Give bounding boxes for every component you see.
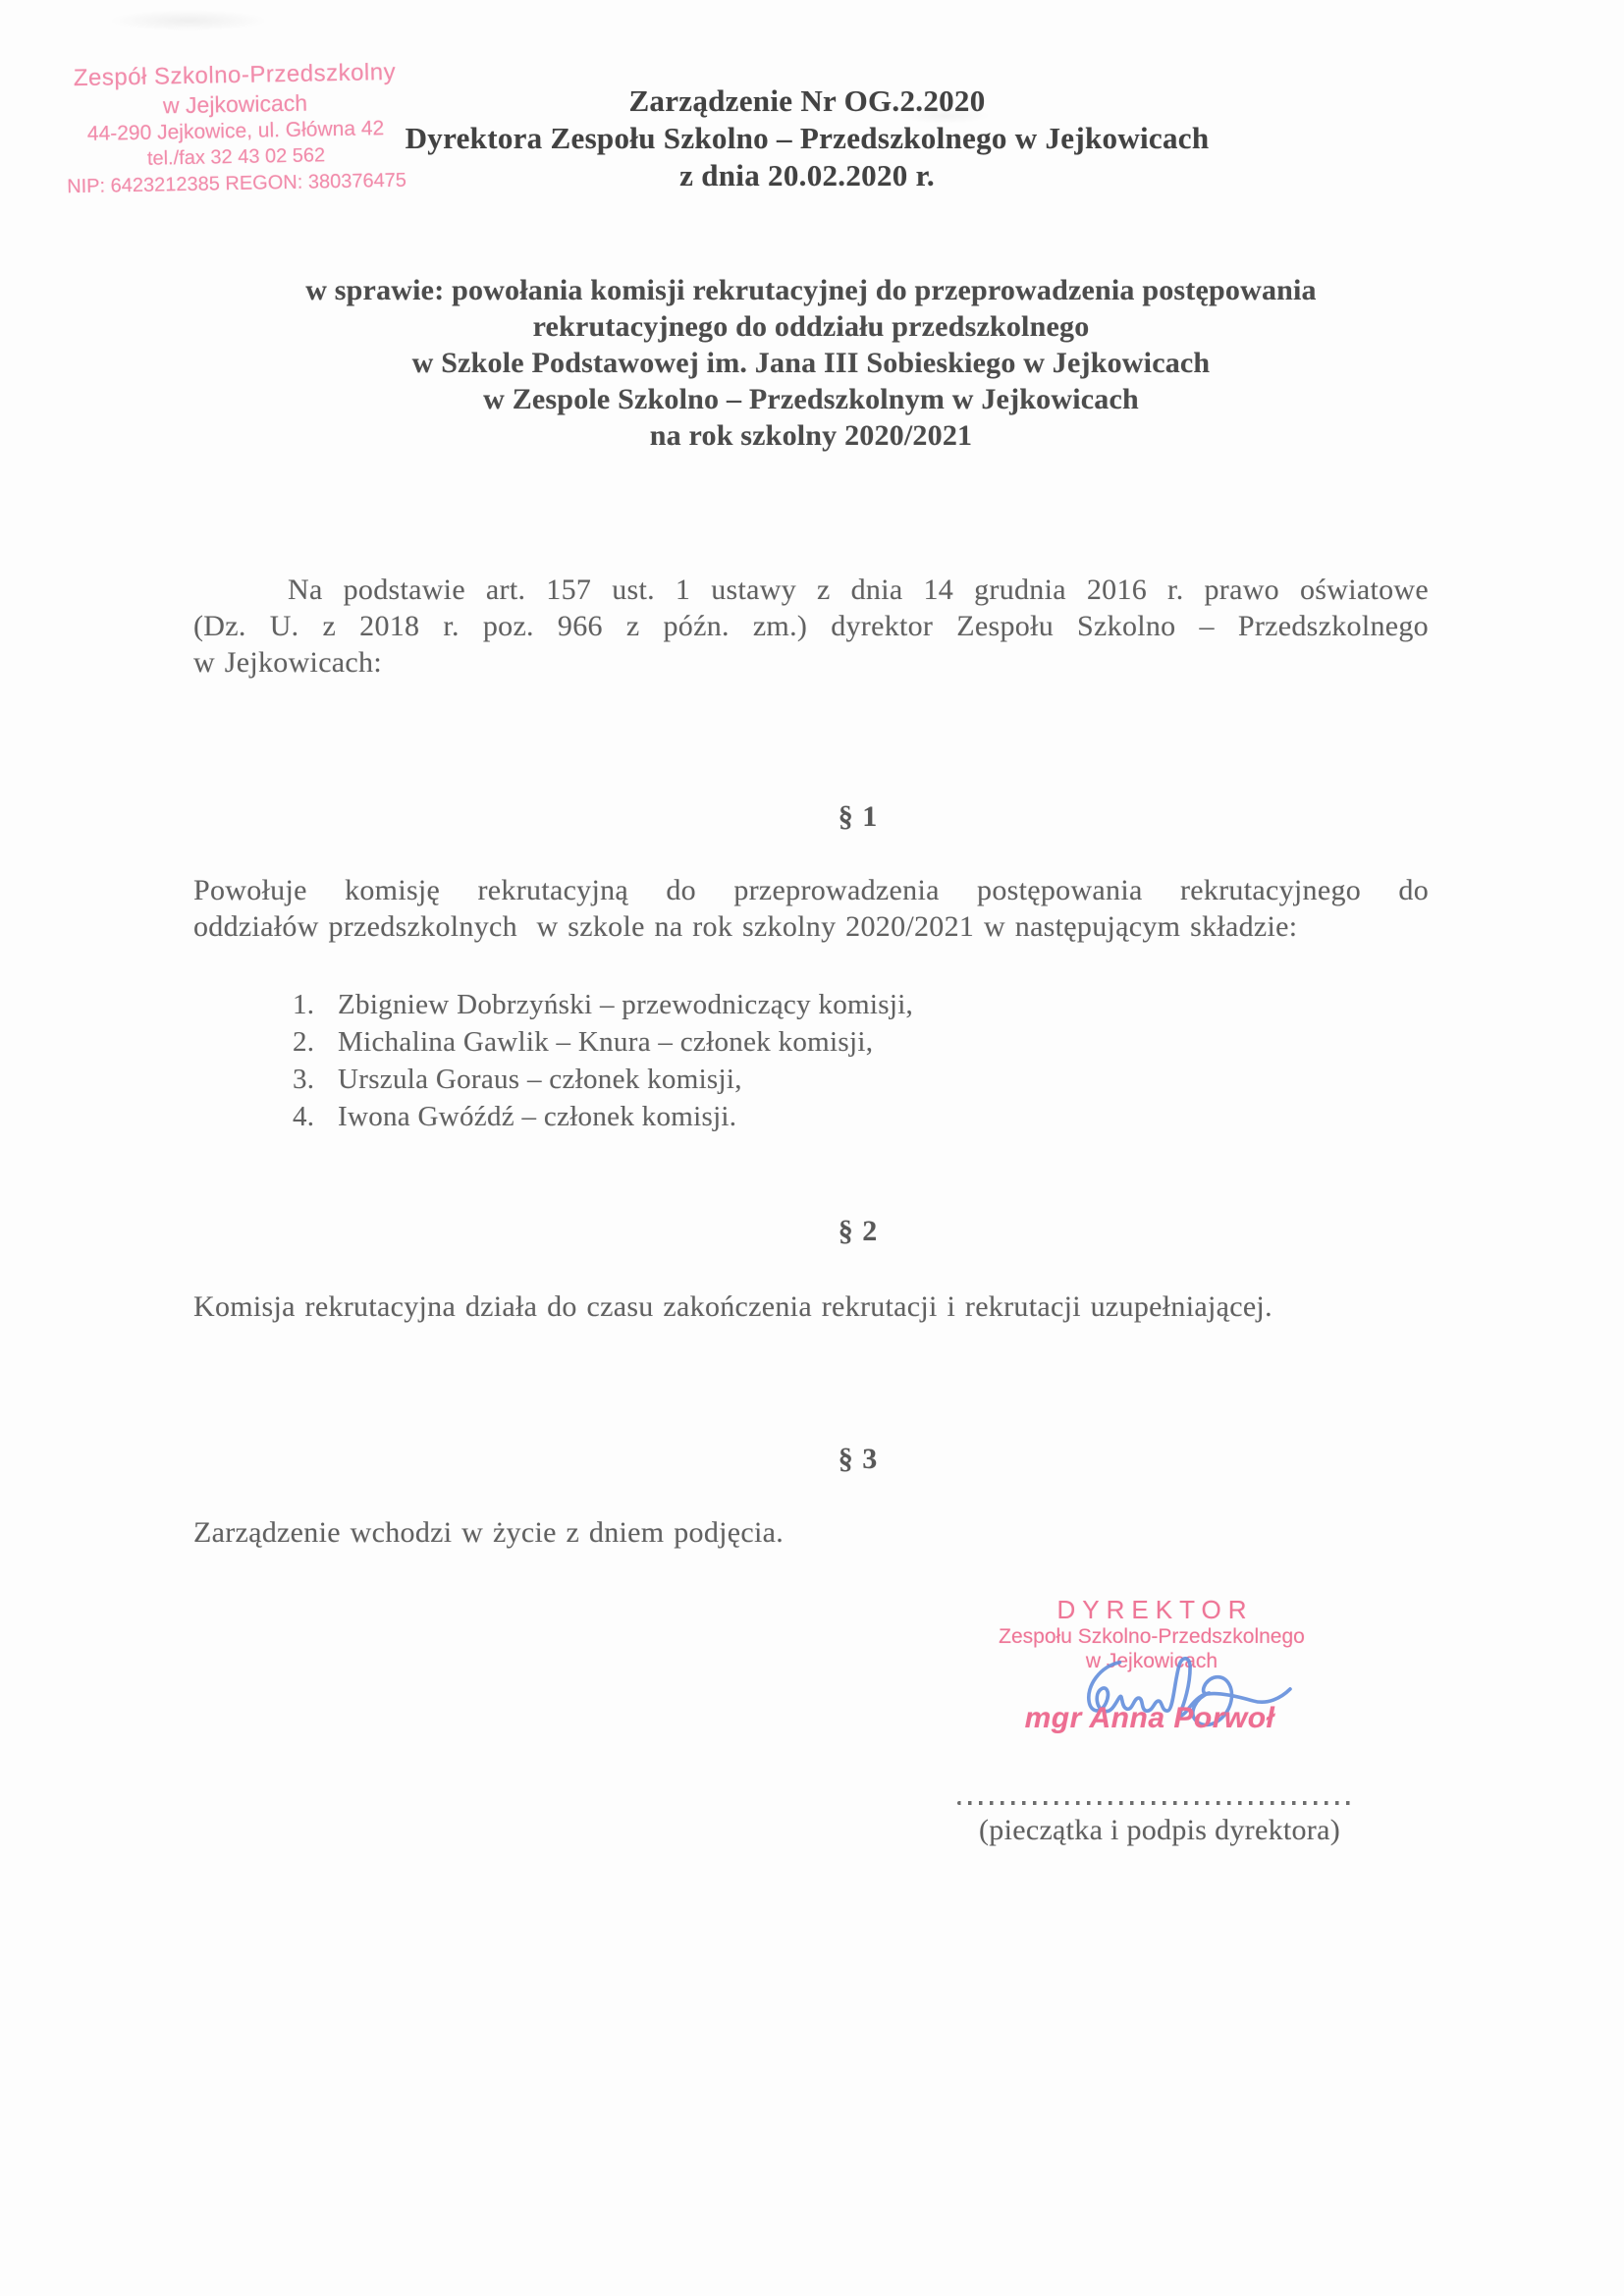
title-line-number: Zarządzenie Nr OG.2.2020 <box>406 82 1210 120</box>
subject-line: rekrutacyjnego do oddziału przedszkolneg… <box>305 308 1317 345</box>
document-title: Zarządzenie Nr OG.2.2020 Dyrektora Zespo… <box>406 82 1210 194</box>
scanned-document-page: Zespół Szkolno-Przedszkolny w Jejkowicac… <box>0 0 1624 2296</box>
section-2-line: Komisja rekrutacyjna działa do czasu zak… <box>193 1288 1429 1325</box>
director-stamp-role: DYREKTOR <box>999 1596 1305 1624</box>
committee-member-row: 4.Iwona Gwóźdź – członek komisji. <box>293 1098 913 1135</box>
section-3-line: Zarządzenie wchodzi w życie z dniem podj… <box>193 1514 1429 1551</box>
legal-basis-line: (Dz. U. z 2018 r. poz. 966 z późn. zm.) … <box>193 608 1429 644</box>
section-1-paragraph: Powołuje komisję rekrutacyjną do przepro… <box>193 872 1429 945</box>
signature-dotted-line <box>957 1801 1354 1805</box>
committee-member-number: 2. <box>293 1023 338 1061</box>
section-1-line: Powołuje komisję rekrutacyjną do przepro… <box>193 872 1429 908</box>
legal-basis-line: Na podstawie art. 157 ust. 1 ustawy z dn… <box>193 572 1429 608</box>
title-line-issuer: Dyrektora Zespołu Szkolno – Przedszkolne… <box>406 120 1210 157</box>
subject-block: w sprawie: powołania komisji rekrutacyjn… <box>305 272 1317 454</box>
section-1-heading: § 1 <box>839 799 879 835</box>
committee-list: 1.Zbigniew Dobrzyński – przewodniczący k… <box>293 986 913 1135</box>
committee-member-text: Zbigniew Dobrzyński – przewodniczący kom… <box>338 989 913 1020</box>
section-3-paragraph: Zarządzenie wchodzi w życie z dniem podj… <box>193 1514 1429 1551</box>
subject-line: na rok szkolny 2020/2021 <box>305 417 1317 454</box>
section-2-paragraph: Komisja rekrutacyjna działa do czasu zak… <box>193 1288 1429 1325</box>
signature-caption: (pieczątka i podpis dyrektora) <box>979 1814 1340 1847</box>
director-name-stamp: mgr Anna Porwoł <box>1025 1702 1275 1735</box>
director-stamp-org: Zespołu Szkolno-Przedszkolnego <box>999 1624 1305 1649</box>
committee-member-text: Michalina Gawlik – Knura – członek komis… <box>338 1026 873 1058</box>
committee-member-number: 3. <box>293 1061 338 1098</box>
organization-header-stamp: Zespół Szkolno-Przedszkolny w Jejkowicac… <box>27 57 446 200</box>
committee-member-row: 2.Michalina Gawlik – Knura – członek kom… <box>293 1023 913 1061</box>
section-1-line: oddziałów przedszkolnych w szkole na rok… <box>193 908 1429 945</box>
legal-basis-line: w Jejkowicach: <box>193 644 1429 681</box>
committee-member-row: 3.Urszula Goraus – członek komisji, <box>293 1061 913 1098</box>
section-3-heading: § 3 <box>839 1442 879 1477</box>
title-line-date: z dnia 20.02.2020 r. <box>406 157 1210 194</box>
subject-line: w Szkole Podstawowej im. Jana III Sobies… <box>305 345 1317 381</box>
subject-line: w sprawie: powołania komisji rekrutacyjn… <box>305 272 1317 308</box>
committee-member-number: 4. <box>293 1098 338 1135</box>
scan-artifact <box>110 10 267 31</box>
subject-line: w Zespole Szkolno – Przedszkolnym w Jejk… <box>305 381 1317 417</box>
committee-member-row: 1.Zbigniew Dobrzyński – przewodniczący k… <box>293 986 913 1023</box>
committee-member-number: 1. <box>293 986 338 1023</box>
section-2-heading: § 2 <box>839 1214 879 1249</box>
legal-basis-paragraph: Na podstawie art. 157 ust. 1 ustawy z dn… <box>193 572 1429 681</box>
committee-member-text: Iwona Gwóźdź – członek komisji. <box>338 1101 736 1132</box>
committee-member-text: Urszula Goraus – członek komisji, <box>338 1064 742 1095</box>
